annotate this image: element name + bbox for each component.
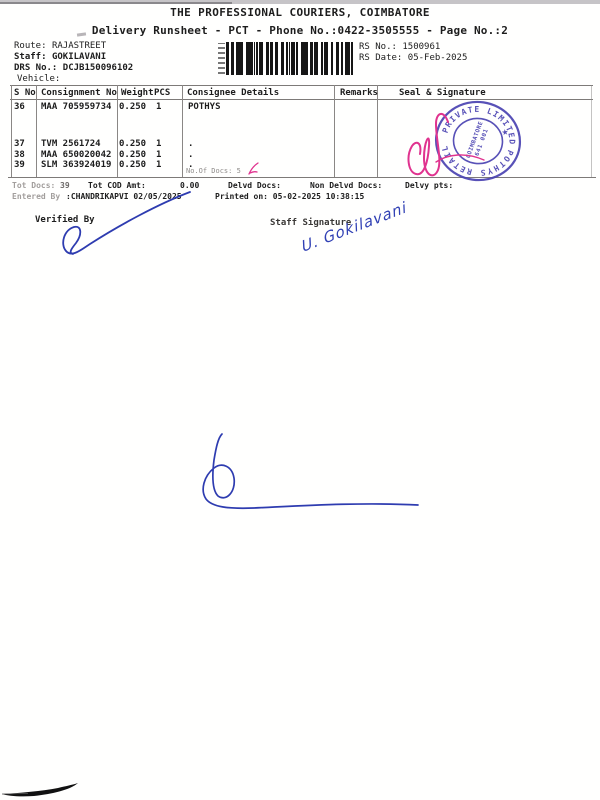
staff-label: Staff: — [14, 52, 47, 62]
scan-smudge — [0, 782, 90, 800]
col-header-weight: Weight — [121, 88, 154, 98]
printed-on: Printed on: 05-02-2025 10:38:15 — [215, 192, 364, 201]
non-delvd-docs-label: Non Delvd Docs: — [310, 181, 382, 190]
col-header-consignee: Consignee Details — [187, 88, 279, 98]
col-header-sno: S No — [14, 88, 36, 98]
route-label: Route: — [14, 41, 47, 51]
page-subtitle: Delivery Runsheet - PCT - Phone No.:0422… — [0, 24, 600, 37]
rs-no-label: RS No.: — [359, 42, 397, 52]
runsheet-page: THE PROFESSIONAL COURIERS, COIMBATORE De… — [0, 0, 600, 800]
barcode-start-marks — [218, 43, 225, 74]
cell-pcs: 1 — [156, 102, 161, 112]
verified-by-signature — [48, 182, 198, 267]
rs-date-label: RS Date: — [359, 53, 402, 63]
consignee-pink-signature — [396, 104, 506, 190]
cell-pcs: 1 — [156, 160, 161, 170]
cell-sno: 38 — [14, 150, 25, 160]
col-header-pcs: PCS — [154, 88, 170, 98]
drs-line: DRS No.: DCJB150096102 — [14, 63, 133, 73]
cell-consignment: MAA 650020042 — [41, 150, 111, 160]
cell-sno: 37 — [14, 139, 25, 149]
drs-label: DRS No.: — [14, 63, 57, 73]
cell-consignee: POTHYS — [188, 102, 221, 112]
cell-consignment: MAA 705959734 — [41, 102, 111, 112]
cell-sno: 39 — [14, 160, 25, 170]
cell-consignment: TVM 2561724 — [41, 139, 101, 149]
no-of-docs-value: 5 — [237, 167, 241, 175]
drs-value: DCJB150096102 — [63, 63, 133, 73]
staff-line: Staff: GOKILAVANI — [14, 52, 106, 62]
large-pen-signature — [168, 424, 438, 519]
vehicle-label: Vehicle: — [17, 74, 60, 84]
cell-sno: 36 — [14, 102, 25, 112]
barcode — [226, 42, 353, 75]
cell-weight: 0.250 — [119, 102, 146, 112]
cell-consignee: . — [188, 150, 193, 160]
delvd-docs-label: Delvd Docs: — [228, 181, 281, 190]
route-line: Route: RAJASTREET — [14, 41, 106, 51]
col-header-remarks: Remarks — [340, 88, 378, 98]
cell-weight: 0.250 — [119, 160, 146, 170]
rs-date-line: RS Date: 05-Feb-2025 — [359, 53, 467, 63]
staff-value: GOKILAVANI — [52, 52, 106, 62]
route-value: RAJASTREET — [52, 41, 106, 51]
cell-pcs: 1 — [156, 139, 161, 149]
rs-date-value: 05-Feb-2025 — [408, 53, 468, 63]
cell-consignment: SLM 363924019 — [41, 160, 111, 170]
no-of-docs-line: No.Of Docs: 5 — [186, 167, 241, 175]
vehicle-line: Vehicle: — [17, 74, 60, 84]
pink-tick-mark — [246, 161, 262, 177]
rs-no-line: RS No.: 1500961 — [359, 42, 440, 52]
cell-weight: 0.250 — [119, 150, 146, 160]
cell-pcs: 1 — [156, 150, 161, 160]
cell-consignee: . — [188, 139, 193, 149]
scan-edge-strip-dark — [0, 2, 232, 4]
cell-weight: 0.250 — [119, 139, 146, 149]
table-top-border — [10, 85, 593, 86]
col-header-consignment: Consignment No — [41, 88, 117, 98]
page-title: THE PROFESSIONAL COURIERS, COIMBATORE — [0, 6, 600, 19]
no-of-docs-label: No.Of Docs: — [186, 167, 232, 175]
rs-no-value: 1500961 — [402, 42, 440, 52]
